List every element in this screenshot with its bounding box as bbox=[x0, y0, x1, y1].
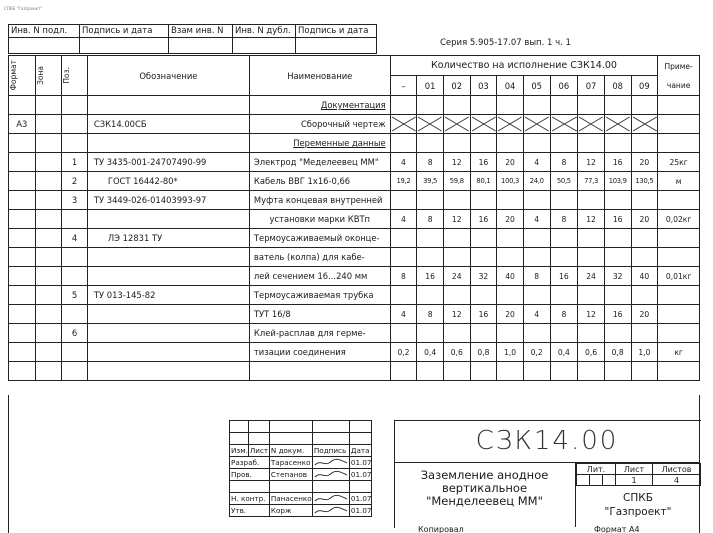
cell-zone bbox=[35, 172, 62, 191]
cell-name: Муфта концевая внутренней bbox=[249, 191, 390, 210]
cell-format bbox=[9, 267, 36, 286]
cell-designation bbox=[87, 362, 249, 381]
cell-qty: 20 bbox=[631, 305, 658, 324]
cell-qty-crossed bbox=[497, 115, 524, 134]
cell-qty: 4 bbox=[523, 210, 550, 229]
table-row: лей сечением 16...240 мм8162432408162432… bbox=[9, 267, 700, 286]
cell-qty: 4 bbox=[523, 305, 550, 324]
cell-designation: ТУ 3435-001-24707490-99 bbox=[87, 153, 249, 172]
header-pos: Поз. bbox=[62, 67, 71, 84]
cell-qty: 24 bbox=[443, 267, 470, 286]
table-row: 2ГОСТ 16442-80*Кабель ВВГ 1х16-0,6619,23… bbox=[9, 172, 700, 191]
header-designation: Обозначение bbox=[87, 56, 249, 96]
cell-qty bbox=[443, 134, 470, 153]
sheet-label: Лист bbox=[616, 464, 653, 475]
signature-row bbox=[230, 421, 372, 433]
header-variant: 01 bbox=[417, 76, 444, 96]
cell-format bbox=[9, 343, 36, 362]
cell-qty bbox=[604, 248, 631, 267]
cell-qty-crossed bbox=[470, 115, 497, 134]
cell-pos bbox=[62, 343, 88, 362]
header-variant: 03 bbox=[470, 76, 497, 96]
sig-date: 01.07 bbox=[349, 493, 372, 505]
format-label: Формат А4 bbox=[594, 525, 640, 533]
cell-qty: 20 bbox=[631, 210, 658, 229]
cell-qty: 12 bbox=[443, 210, 470, 229]
cell-qty: 24,0 bbox=[523, 172, 550, 191]
cell-qty bbox=[417, 191, 444, 210]
cell-qty: 12 bbox=[578, 210, 605, 229]
cell-qty: 12 bbox=[443, 153, 470, 172]
cell-zone bbox=[35, 267, 62, 286]
cell-qty bbox=[550, 134, 578, 153]
cell-pos: 4 bbox=[62, 229, 88, 248]
cell-qty: 8 bbox=[417, 210, 444, 229]
cell-qty bbox=[604, 229, 631, 248]
cell-zone bbox=[35, 134, 62, 153]
sig-role: Разраб. bbox=[230, 457, 270, 469]
signature-row bbox=[230, 481, 372, 493]
cell-qty: 40 bbox=[631, 267, 658, 286]
header-format: Формат bbox=[9, 60, 18, 90]
cell-qty bbox=[550, 96, 578, 115]
sig-person bbox=[269, 481, 312, 493]
cell-qty: 20 bbox=[497, 305, 524, 324]
rev-cell bbox=[269, 433, 312, 445]
sig-date: 01.07 bbox=[349, 457, 372, 469]
cell-designation: ТУ 013-145-82 bbox=[87, 286, 249, 305]
cell-name: Электрод "Меделеевец ММ" bbox=[249, 153, 390, 172]
cell-name: Документация bbox=[249, 96, 390, 115]
cell-designation bbox=[87, 134, 249, 153]
cell-name-text: тизации соединения bbox=[254, 347, 346, 357]
header-variant: 05 bbox=[523, 76, 550, 96]
cell-designation: ГОСТ 16442-80* bbox=[87, 172, 249, 191]
sig-person: Корж bbox=[269, 505, 312, 517]
cell-note: м bbox=[658, 172, 700, 191]
frame-left-border bbox=[8, 395, 9, 533]
cell-qty bbox=[631, 324, 658, 343]
signature-row bbox=[230, 433, 372, 445]
cell-qty bbox=[523, 229, 550, 248]
cell-qty: 12 bbox=[578, 153, 605, 172]
cell-zone bbox=[35, 362, 62, 381]
cell-qty-crossed bbox=[550, 115, 578, 134]
sig-date: 01.07 bbox=[349, 505, 372, 517]
cell-qty: 0,4 bbox=[550, 343, 578, 362]
cell-name: Термоусаживаемый оконце- bbox=[249, 229, 390, 248]
header-variant: 06 bbox=[550, 76, 578, 96]
cell-note bbox=[658, 115, 700, 134]
sig-person: Панасенко bbox=[269, 493, 312, 505]
table-row: Документация bbox=[9, 96, 700, 115]
rev-cell bbox=[230, 433, 249, 445]
cell-qty bbox=[417, 229, 444, 248]
header-variant: – bbox=[390, 76, 417, 96]
lit-label: Лит. bbox=[577, 464, 616, 475]
cell-zone bbox=[35, 305, 62, 324]
cell-qty bbox=[497, 286, 524, 305]
cell-qty: 0,6 bbox=[443, 343, 470, 362]
table-row: 6Клей-расплав для герме- bbox=[9, 324, 700, 343]
cell-qty bbox=[390, 286, 417, 305]
header-zone: Зона bbox=[36, 66, 45, 85]
header-name: Наименование bbox=[249, 56, 390, 96]
cell-qty-crossed bbox=[631, 115, 658, 134]
signature-block: Изм.ЛистN докум.ПодписьДатаРазраб.Тарасе… bbox=[229, 420, 372, 517]
cell-format bbox=[9, 362, 36, 381]
sig-role: Утв. bbox=[230, 505, 270, 517]
cell-qty bbox=[550, 191, 578, 210]
cell-qty bbox=[523, 362, 550, 381]
cell-qty: 103,9 bbox=[604, 172, 631, 191]
cell-zone bbox=[35, 229, 62, 248]
cell-qty bbox=[417, 324, 444, 343]
cell-format bbox=[9, 229, 36, 248]
table-row: установки марки КВТп48121620481216200,02… bbox=[9, 210, 700, 229]
cell-qty bbox=[470, 96, 497, 115]
cell-qty: 32 bbox=[604, 267, 631, 286]
sig-person: Тарасенко bbox=[269, 457, 312, 469]
sheets-label: Листов bbox=[653, 464, 701, 475]
cell-qty bbox=[470, 191, 497, 210]
signature-row: Пров.Степанов01.07 bbox=[230, 469, 372, 481]
cell-qty bbox=[550, 248, 578, 267]
cell-zone bbox=[35, 96, 62, 115]
cell-qty: 16 bbox=[470, 305, 497, 324]
header-variant: 02 bbox=[443, 76, 470, 96]
cell-format bbox=[9, 153, 36, 172]
cell-qty bbox=[550, 229, 578, 248]
cell-qty bbox=[523, 134, 550, 153]
cell-qty: 8 bbox=[550, 210, 578, 229]
product-name: Заземление анодное вертикальное "Менделе… bbox=[394, 463, 576, 527]
cell-qty bbox=[390, 96, 417, 115]
top-stamp-strip: Инв. N подл. Подпись и дата Взам инв. N … bbox=[8, 24, 377, 54]
sig-header-signature: Подпись bbox=[312, 445, 349, 457]
cell-zone bbox=[35, 343, 62, 362]
signature-row: Разраб.Тарасенко01.07 bbox=[230, 457, 372, 469]
cell-qty bbox=[390, 324, 417, 343]
cell-qty: 16 bbox=[470, 210, 497, 229]
cell-qty bbox=[497, 362, 524, 381]
cell-qty: 130,5 bbox=[631, 172, 658, 191]
rev-cell bbox=[230, 421, 249, 433]
cell-qty-crossed bbox=[443, 115, 470, 134]
cell-name-text: Документация bbox=[321, 100, 386, 110]
cell-qty bbox=[631, 96, 658, 115]
cell-name: Переменные данные bbox=[249, 134, 390, 153]
cell-name-text: Клей-расплав для герме- bbox=[254, 328, 366, 338]
cell-zone bbox=[35, 248, 62, 267]
cell-qty: 16 bbox=[604, 210, 631, 229]
cell-designation bbox=[87, 343, 249, 362]
cell-qty: 20 bbox=[497, 153, 524, 172]
cell-pos bbox=[62, 210, 88, 229]
cell-qty bbox=[470, 248, 497, 267]
table-row bbox=[9, 362, 700, 381]
specification-table: Формат Зона Поз. Обозначение Наименовани… bbox=[8, 55, 700, 381]
cell-name-text: установки марки КВТп bbox=[270, 214, 370, 224]
cell-format bbox=[9, 191, 36, 210]
lit-cell-1 bbox=[577, 475, 590, 486]
cell-qty bbox=[578, 191, 605, 210]
cell-name-text: Муфта концевая внутренней bbox=[254, 195, 383, 205]
rev-cell bbox=[248, 433, 269, 445]
signature-mark-icon bbox=[312, 481, 349, 493]
table-row: ватель (колпа) для кабе- bbox=[9, 248, 700, 267]
sign-date-value-1 bbox=[80, 38, 169, 54]
sig-header-date: Дата bbox=[349, 445, 372, 457]
cell-format bbox=[9, 324, 36, 343]
cell-qty bbox=[631, 362, 658, 381]
cell-qty bbox=[550, 362, 578, 381]
cell-qty bbox=[631, 134, 658, 153]
cell-qty: 0,2 bbox=[523, 343, 550, 362]
cell-qty bbox=[470, 134, 497, 153]
sig-date: 01.07 bbox=[349, 469, 372, 481]
cell-qty bbox=[578, 248, 605, 267]
cell-qty bbox=[631, 191, 658, 210]
cell-format bbox=[9, 172, 36, 191]
cell-qty bbox=[604, 362, 631, 381]
cell-designation: ТУ 3449-026-01403993-97 bbox=[87, 191, 249, 210]
cell-qty: 19,2 bbox=[390, 172, 417, 191]
cell-format bbox=[9, 305, 36, 324]
cell-pos bbox=[62, 134, 88, 153]
inv-orig-value bbox=[9, 38, 80, 54]
cell-qty: 16 bbox=[470, 153, 497, 172]
cell-format: А3 bbox=[9, 115, 36, 134]
sign-date-label-2: Подпись и дата bbox=[296, 25, 377, 38]
rev-cell bbox=[312, 433, 349, 445]
header-variant: 08 bbox=[604, 76, 631, 96]
cell-qty bbox=[550, 286, 578, 305]
sig-role: Пров. bbox=[230, 469, 270, 481]
inv-dup-value bbox=[233, 38, 296, 54]
rev-cell bbox=[269, 421, 312, 433]
cell-qty: 0,6 bbox=[578, 343, 605, 362]
copied-label: Копировал bbox=[418, 525, 464, 533]
cell-qty: 0,8 bbox=[604, 343, 631, 362]
cell-qty: 16 bbox=[604, 305, 631, 324]
cell-note: 0,02кг bbox=[658, 210, 700, 229]
cell-name bbox=[249, 362, 390, 381]
cell-qty bbox=[497, 324, 524, 343]
organization: СПКБ "Газпроект" bbox=[576, 485, 700, 527]
org-line-1: СПКБ bbox=[576, 491, 700, 505]
cell-zone bbox=[35, 286, 62, 305]
cell-qty bbox=[443, 362, 470, 381]
cell-qty: 8 bbox=[550, 153, 578, 172]
cell-name-text: Кабель ВВГ 1х16-0,66 bbox=[254, 176, 350, 186]
cell-name: Сборочный чертеж bbox=[249, 115, 390, 134]
signature-row: Н. контр.Панасенко01.07 bbox=[230, 493, 372, 505]
cell-designation bbox=[87, 267, 249, 286]
replace-inv-label: Взам инв. N bbox=[169, 25, 233, 38]
cell-designation bbox=[87, 210, 249, 229]
cell-qty bbox=[390, 248, 417, 267]
cell-qty bbox=[470, 286, 497, 305]
cell-name: тизации соединения bbox=[249, 343, 390, 362]
cell-designation: ЛЭ 12831 ТУ bbox=[87, 229, 249, 248]
signature-row: Изм.ЛистN докум.ПодписьДата bbox=[230, 445, 372, 457]
cell-qty: 0,2 bbox=[390, 343, 417, 362]
org-line-2: "Газпроект" bbox=[576, 505, 700, 519]
cell-qty bbox=[390, 191, 417, 210]
cell-note bbox=[658, 248, 700, 267]
cell-qty bbox=[443, 229, 470, 248]
series-line: Серия 5.905-17.07 вып. 1 ч. 1 bbox=[440, 38, 571, 48]
cell-qty: 8 bbox=[390, 267, 417, 286]
cell-note: 0,01кг bbox=[658, 267, 700, 286]
sheet-number: 1 bbox=[616, 475, 653, 486]
cell-qty: 20 bbox=[631, 153, 658, 172]
table-row: ТУТ 16/84812162048121620 bbox=[9, 305, 700, 324]
cell-qty: 39,5 bbox=[417, 172, 444, 191]
cell-pos bbox=[62, 305, 88, 324]
cell-zone bbox=[35, 115, 62, 134]
cell-pos: 2 bbox=[62, 172, 88, 191]
cell-name-text: Сборочный чертеж bbox=[301, 119, 386, 129]
cell-qty: 59,8 bbox=[443, 172, 470, 191]
cell-qty bbox=[417, 248, 444, 267]
cell-name-text: Термоусаживаемая трубка bbox=[254, 290, 374, 300]
cell-qty bbox=[604, 324, 631, 343]
cell-qty bbox=[631, 286, 658, 305]
cell-qty bbox=[470, 362, 497, 381]
cell-qty bbox=[417, 286, 444, 305]
cell-pos bbox=[62, 96, 88, 115]
cell-note bbox=[658, 191, 700, 210]
table-row: 4ЛЭ 12831 ТУТермоусаживаемый оконце- bbox=[9, 229, 700, 248]
cell-name: ватель (колпа) для кабе- bbox=[249, 248, 390, 267]
cell-qty bbox=[578, 286, 605, 305]
cell-qty bbox=[443, 248, 470, 267]
cell-designation bbox=[87, 248, 249, 267]
cell-qty bbox=[470, 324, 497, 343]
cell-name-text: Переменные данные bbox=[293, 138, 385, 148]
cell-format bbox=[9, 286, 36, 305]
inv-dup-label: Инв. N дубл. bbox=[233, 25, 296, 38]
cell-qty: 1,0 bbox=[497, 343, 524, 362]
header-variant: 04 bbox=[497, 76, 524, 96]
cell-qty bbox=[578, 96, 605, 115]
cell-qty bbox=[417, 96, 444, 115]
cell-note bbox=[658, 134, 700, 153]
replace-inv-value bbox=[169, 38, 233, 54]
table-row: Переменные данные bbox=[9, 134, 700, 153]
cell-qty-crossed bbox=[390, 115, 417, 134]
signature-row: Утв.Корж01.07 bbox=[230, 505, 372, 517]
cell-note: 25кг bbox=[658, 153, 700, 172]
header-qty-group: Количество на исполнение СЗК14.00 bbox=[390, 56, 658, 76]
cell-qty: 4 bbox=[390, 153, 417, 172]
cell-format bbox=[9, 96, 36, 115]
cell-qty bbox=[631, 248, 658, 267]
table-row: А3СЗК14.00СБСборочный чертеж bbox=[9, 115, 700, 134]
cell-qty bbox=[390, 229, 417, 248]
sig-date bbox=[349, 481, 372, 493]
cell-qty: 16 bbox=[550, 267, 578, 286]
cell-qty-crossed bbox=[523, 115, 550, 134]
cell-qty: 8 bbox=[417, 305, 444, 324]
cell-name: Клей-расплав для герме- bbox=[249, 324, 390, 343]
header-variant: 09 bbox=[631, 76, 658, 96]
cell-qty bbox=[523, 96, 550, 115]
header-variant: 07 bbox=[578, 76, 605, 96]
cell-pos bbox=[62, 115, 88, 134]
cell-qty-crossed bbox=[417, 115, 444, 134]
cell-qty: 12 bbox=[578, 305, 605, 324]
cell-qty: 16 bbox=[604, 153, 631, 172]
cell-designation bbox=[87, 305, 249, 324]
cell-pos bbox=[62, 362, 88, 381]
cell-qty: 32 bbox=[470, 267, 497, 286]
cell-note bbox=[658, 305, 700, 324]
cell-qty bbox=[443, 286, 470, 305]
cell-qty bbox=[604, 191, 631, 210]
signature-mark-icon bbox=[312, 493, 349, 505]
rev-cell bbox=[349, 421, 372, 433]
lit-cell-3 bbox=[603, 475, 616, 486]
cell-qty: 80,1 bbox=[470, 172, 497, 191]
cell-zone bbox=[35, 210, 62, 229]
cell-qty: 77,3 bbox=[578, 172, 605, 191]
sig-header-doc: N докум. bbox=[269, 445, 312, 457]
cell-name: лей сечением 16...240 мм bbox=[249, 267, 390, 286]
cell-qty bbox=[578, 229, 605, 248]
cell-qty bbox=[390, 134, 417, 153]
cell-name-text: лей сечением 16...240 мм bbox=[254, 271, 367, 281]
cell-qty: 12 bbox=[443, 305, 470, 324]
cell-name: ТУТ 16/8 bbox=[249, 305, 390, 324]
cell-qty: 40 bbox=[497, 267, 524, 286]
cell-designation bbox=[87, 324, 249, 343]
sheet-info: Лит. Лист Листов 1 4 bbox=[576, 463, 701, 486]
sig-header-sheet: Лист bbox=[248, 445, 269, 457]
cell-zone bbox=[35, 324, 62, 343]
cell-qty: 8 bbox=[550, 305, 578, 324]
cell-qty: 50,5 bbox=[550, 172, 578, 191]
sig-role: Н. контр. bbox=[230, 493, 270, 505]
cell-qty: 0,4 bbox=[417, 343, 444, 362]
cell-pos bbox=[62, 248, 88, 267]
cell-name-text: ТУТ 16/8 bbox=[254, 309, 291, 319]
cell-zone bbox=[35, 153, 62, 172]
signature-mark-icon bbox=[312, 469, 349, 481]
rev-cell bbox=[248, 421, 269, 433]
cell-qty: 1,0 bbox=[631, 343, 658, 362]
table-row: 5ТУ 013-145-82Термоусаживаемая трубка bbox=[9, 286, 700, 305]
cell-qty bbox=[523, 191, 550, 210]
cell-qty-crossed bbox=[578, 115, 605, 134]
cell-qty: 4 bbox=[390, 305, 417, 324]
cell-format bbox=[9, 210, 36, 229]
cell-name-text: ватель (колпа) для кабе- bbox=[254, 252, 365, 262]
cell-qty bbox=[497, 191, 524, 210]
cell-qty bbox=[631, 229, 658, 248]
table-row: 1ТУ 3435-001-24707490-99Электрод "Меделе… bbox=[9, 153, 700, 172]
cell-qty bbox=[523, 286, 550, 305]
cell-name-text: Электрод "Меделеевец ММ" bbox=[254, 157, 379, 167]
sheets-total: 4 bbox=[653, 475, 701, 486]
cell-name: Термоусаживаемая трубка bbox=[249, 286, 390, 305]
cell-qty bbox=[578, 324, 605, 343]
cell-name: Кабель ВВГ 1х16-0,66 bbox=[249, 172, 390, 191]
sign-date-label-1: Подпись и дата bbox=[80, 25, 169, 38]
cell-qty bbox=[550, 324, 578, 343]
